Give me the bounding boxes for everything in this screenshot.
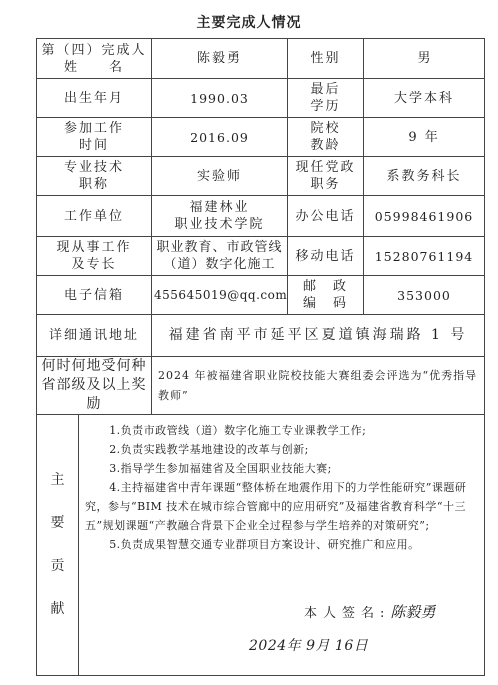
title-value: 实验师 [152, 157, 288, 196]
mobile-value: 15280761194 [364, 237, 485, 276]
teaching-years-value: 9 年 [364, 118, 485, 157]
award-value: 2024 年被福建省职业院校技能大赛组委会评选为“优秀指导教师” [152, 357, 485, 415]
work-start-label: 参加工作时间 [37, 118, 152, 157]
mobile-label: 移动电话 [288, 237, 364, 276]
email-label: 电子信箱 [37, 276, 152, 315]
birth-label: 出生年月 [37, 79, 152, 118]
signature: 陈毅勇 [390, 603, 435, 621]
specialty-value: 职业教育、市政管线（道）数字化施工 [152, 237, 288, 276]
employer-value: 福建林业职业技术学院 [152, 196, 288, 237]
position-label: 现任党政职务 [288, 157, 364, 196]
contribution-label: 主 要 贡 献 [37, 415, 79, 676]
office-phone-label: 办公电话 [288, 196, 364, 237]
postcode-label: 邮 政编 码 [288, 276, 364, 315]
address-value: 福建省南平市延平区夏道镇海瑞路 1 号 [152, 315, 485, 357]
info-table: 第（四）完成人姓 名 陈毅勇 性别 男 出生年月 1990.03 最后学历 大学… [36, 38, 485, 676]
signature-line: 本人签名:陈毅勇 [304, 603, 435, 623]
work-start-value: 2016.09 [152, 118, 288, 157]
teaching-years-label: 院校教龄 [288, 118, 364, 157]
title-label: 专业技术职称 [37, 157, 152, 196]
signature-date: 2024年 9月 16日 [249, 637, 368, 656]
gender-value: 男 [364, 39, 485, 79]
postcode-value: 353000 [364, 276, 485, 315]
contribution-item: 2.负责实践教学基地建设的改革与创新; [85, 440, 476, 459]
employer-label: 工作单位 [37, 196, 152, 237]
email-value: 455645019@qq.com [152, 276, 288, 315]
name-value: 陈毅勇 [152, 39, 288, 79]
contribution-content: 1.负责市政管线（道）数字化施工专业课教学工作; 2.负责实践教学基地建设的改革… [79, 415, 485, 676]
edu-label: 最后学历 [288, 79, 364, 118]
signature-label: 本人签名: [304, 606, 390, 621]
contribution-item: 3.指导学生参加福建省及全国职业技能大赛; [85, 459, 476, 478]
birth-value: 1990.03 [152, 79, 288, 118]
contribution-item: 1.负责市政管线（道）数字化施工专业课教学工作; [85, 421, 476, 440]
gender-label: 性别 [288, 39, 364, 79]
position-value: 系教务科长 [364, 157, 485, 196]
name-label: 第（四）完成人姓 名 [37, 39, 152, 79]
office-phone-value: 05998461906 [364, 196, 485, 237]
contribution-item: 4.主持福建省中青年课题“整体桥在地震作用下的力学性能研究”课题研究，参与“BI… [85, 478, 476, 535]
specialty-label: 现从事工作及专长 [37, 237, 152, 276]
address-label: 详细通讯地址 [37, 315, 152, 357]
contribution-item: 5.负责成果智慧交通专业群项目方案设计、研究推广和应用。 [85, 535, 476, 554]
award-label: 何时何地受何种省部级及以上奖励 [37, 357, 152, 415]
edu-value: 大学本科 [364, 79, 485, 118]
page-title: 主要完成人情况 [0, 12, 498, 32]
